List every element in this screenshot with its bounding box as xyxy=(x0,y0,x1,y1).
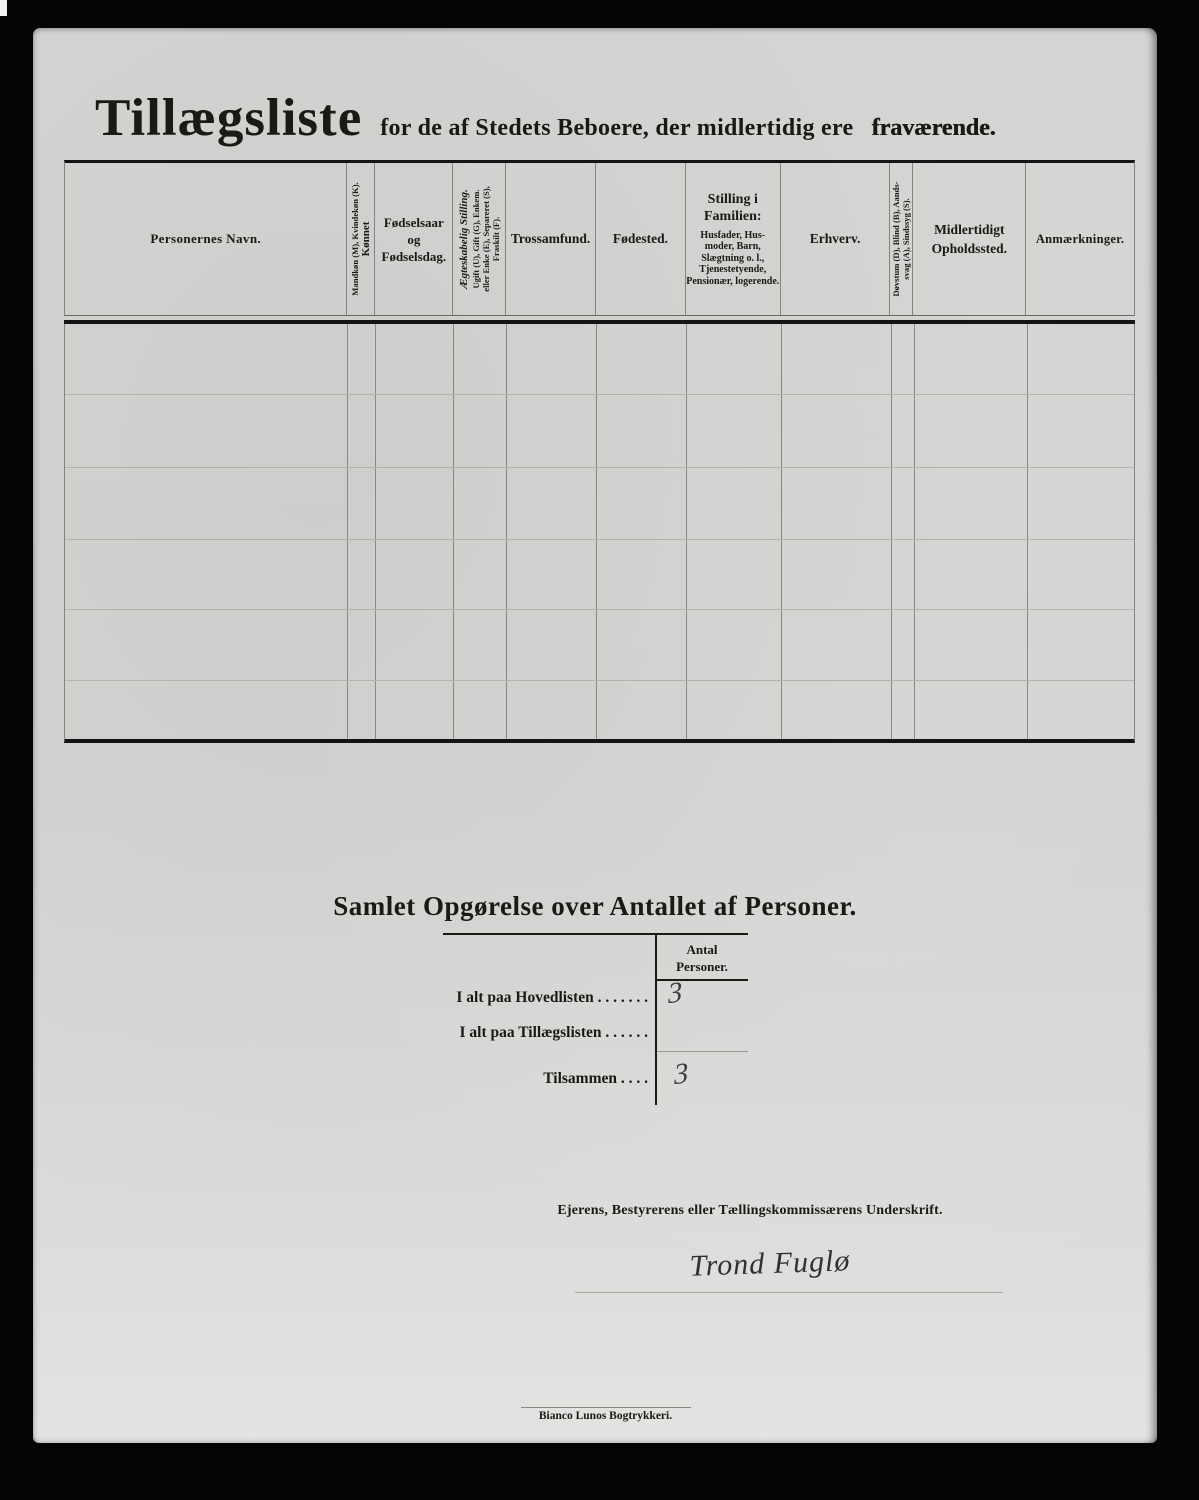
page-title: Tillægsliste for de af Stedets Beboere, … xyxy=(95,88,996,148)
scanned-census-form-page: { "colors": { "background": "#040404", "… xyxy=(0,0,1199,1500)
signature-line xyxy=(575,1292,1003,1293)
summary-title: Samlet Opgørelse over Antallet af Person… xyxy=(33,891,1157,922)
printer-rule xyxy=(521,1407,691,1408)
column-line xyxy=(596,324,597,739)
census-table-body xyxy=(64,324,1135,743)
page-title-main: Tillægsliste xyxy=(95,88,362,148)
page-title-subtitle: for de af Stedets Beboere, der midlertid… xyxy=(380,115,853,142)
column-line xyxy=(347,324,348,739)
row-line xyxy=(65,467,1134,468)
summary-thin-rule xyxy=(657,1051,748,1052)
column-line xyxy=(891,324,892,739)
handwritten-value-hovedlisten: 3 xyxy=(668,976,683,1012)
row-line xyxy=(65,539,1134,540)
summary-col-header: Antal Personer. xyxy=(657,941,747,975)
summary-top-rule xyxy=(443,933,748,935)
row-line xyxy=(65,680,1134,681)
col-header-erhverv: Erhverv. xyxy=(781,163,891,315)
signature-label: Ejerens, Bestyrerens eller Tællingskommi… xyxy=(520,1203,980,1219)
col-header-midlertidigt-opholdssted: Midlertidigt Opholdssted. xyxy=(913,163,1026,315)
summary-table: Antal Personer. I alt paa Hovedlisten . … xyxy=(380,925,748,1110)
col-header-anmaerkninger: Anmærkninger. xyxy=(1026,163,1134,315)
scan-corner-notch xyxy=(0,0,7,16)
column-line xyxy=(686,324,687,739)
page-title-subtitle-bold: fraværende. xyxy=(871,115,995,142)
census-table: Personernes Navn. Mandkøn (M), Kvindekøn… xyxy=(64,160,1135,743)
col-header-aegteskabelig-stilling: Ægteskabelig Stilling. Ugift (U), Gift (… xyxy=(453,163,506,315)
col-header-koennet: Mandkøn (M), Kvindekøn (K). Kønnet xyxy=(347,163,375,315)
rotated-text: Mandkøn (M), Kvindekøn (K). Kønnet xyxy=(350,165,372,313)
column-line xyxy=(375,324,376,739)
summary-row-label-tilsammen: Tilsammen . . . . xyxy=(543,1070,648,1088)
col-header-personernes-navn: Personernes Navn. xyxy=(65,163,347,315)
column-line xyxy=(781,324,782,739)
printer-credit: Bianco Lunos Bogtrykkeri. xyxy=(498,1410,713,1422)
col-header-doevstum-blind: Døvstum (D), Blind (B), Aands- svag (A),… xyxy=(890,163,913,315)
rotated-text: Døvstum (D), Blind (B), Aands- svag (A),… xyxy=(891,165,911,313)
census-table-header: Personernes Navn. Mandkøn (M), Kvindekøn… xyxy=(64,160,1135,316)
column-line xyxy=(1027,324,1028,739)
summary-row-label-tillaegslisten: I alt paa Tillægslisten . . . . . . xyxy=(460,1024,648,1042)
row-line xyxy=(65,609,1134,610)
rotated-text: Ægteskabelig Stilling. Ugift (U), Gift (… xyxy=(458,165,501,313)
col-header-trossamfund: Trossamfund. xyxy=(506,163,596,315)
column-line xyxy=(506,324,507,739)
column-line xyxy=(453,324,454,739)
summary-row-label-hovedlisten: I alt paa Hovedlisten . . . . . . . xyxy=(456,989,648,1007)
col-header-foedselsaar: Fødselsaar og Fødselsdag. xyxy=(375,163,453,315)
column-line xyxy=(914,324,915,739)
col-header-stilling-i-familien: Stilling i Familien: Husfader, Hus- mode… xyxy=(686,163,781,315)
col-header-foedested: Fødested. xyxy=(596,163,686,315)
handwritten-value-tilsammen: 3 xyxy=(674,1057,689,1093)
row-line xyxy=(65,394,1134,395)
